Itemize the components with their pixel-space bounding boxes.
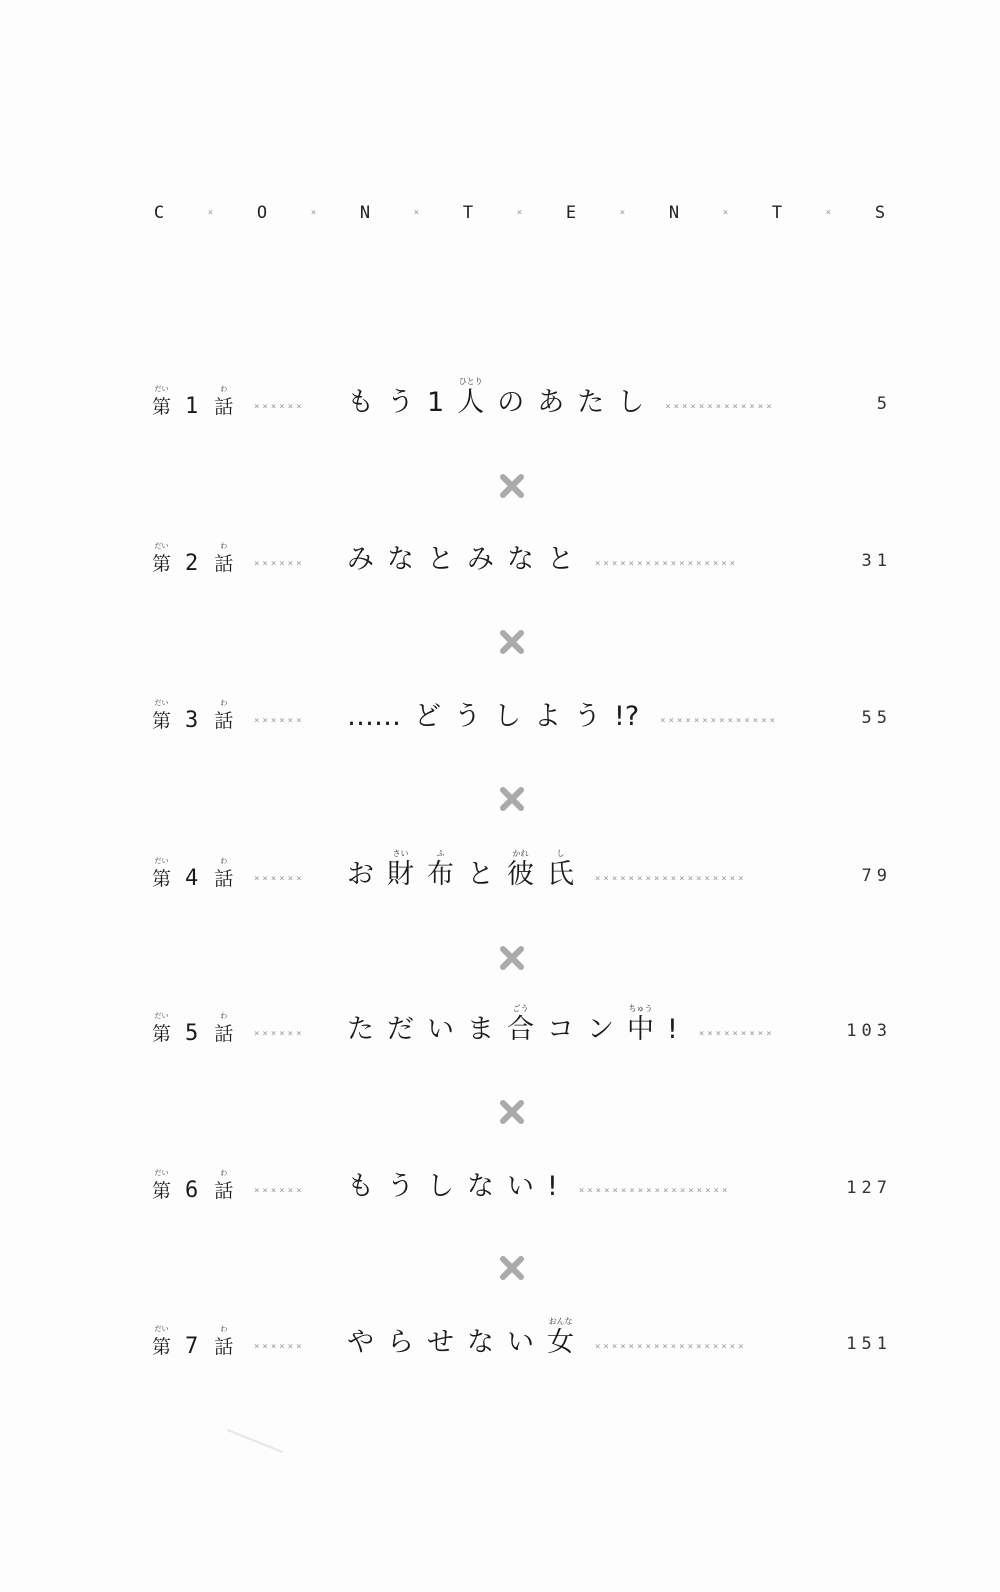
title-char-text: み	[347, 544, 374, 575]
title-char: だ	[387, 1015, 414, 1045]
title-char: ン	[587, 1015, 614, 1045]
title-char-text: い	[507, 1171, 534, 1202]
wa-furigana: わ	[220, 385, 227, 393]
title-char: う	[387, 1172, 414, 1202]
leader-dots-right: ××××××××××××××××××	[595, 874, 852, 884]
title-char: よ	[534, 702, 561, 732]
title-char: ら	[387, 1328, 414, 1358]
page-number: 127	[846, 1178, 892, 1198]
heading-separator: ×	[515, 208, 525, 218]
title-char: し氏	[547, 860, 574, 890]
wa-furigana: わ	[220, 1325, 227, 1333]
dai-furigana: だい	[155, 1169, 169, 1177]
title-char-text: う	[574, 701, 601, 732]
chapter-number: 7	[185, 1336, 198, 1358]
title-char: し	[427, 1172, 454, 1202]
title-char: 1	[427, 388, 444, 418]
title-char-text: お	[347, 859, 374, 890]
page-number: 79	[862, 866, 892, 886]
chapter-dai-char: だい第	[152, 1023, 171, 1045]
wa-text: 話	[214, 710, 233, 732]
heading-letter: T	[461, 203, 475, 223]
chapter-title[interactable]: ただいまごう合コンちゅう中!	[347, 1005, 691, 1045]
wa-text: 話	[214, 396, 233, 418]
leader-dots-left: ××××××	[254, 402, 305, 412]
title-char-text: た	[347, 1014, 374, 1045]
page-number: 103	[846, 1021, 892, 1041]
wa-furigana: わ	[220, 542, 227, 550]
title-char-text: な	[467, 1327, 494, 1358]
dai-text: 第	[152, 553, 171, 575]
leader-dots-left: ××××××	[254, 1186, 305, 1196]
title-char-text: 1	[427, 387, 444, 418]
chapter-row[interactable]: だい第4わ話××××××おさい財ふ布とかれ彼し氏××××××××××××××××…	[152, 850, 892, 890]
title-char: う	[574, 702, 601, 732]
contents-heading: C × O × N × T × E × N × T × S	[152, 203, 887, 223]
leader-dots-left: ××××××	[254, 1029, 305, 1039]
title-char-text: ン	[587, 1014, 614, 1045]
title-char-text: な	[387, 544, 414, 575]
dai-furigana: だい	[155, 857, 169, 865]
chapter-row[interactable]: だい第1わ話××××××もう1ひとり人のあたし×××××××××××××5	[152, 378, 892, 418]
chapter-dai-char: だい第	[152, 868, 171, 890]
leader-dots-left: ××××××	[254, 716, 305, 726]
chapter-wa-char: わ話	[214, 553, 233, 575]
title-char-text: 女	[547, 1327, 574, 1358]
title-char: と	[467, 860, 494, 890]
title-furigana: ふ	[437, 850, 445, 858]
title-char-text: !	[667, 1014, 678, 1045]
wa-text: 話	[214, 868, 233, 890]
chapter-wa-char: わ話	[214, 1336, 233, 1358]
chapter-title[interactable]: やらせないおんな女	[347, 1318, 587, 1358]
title-char-text: う	[454, 701, 481, 732]
chapter-wa-char: わ話	[214, 868, 233, 890]
title-char-text: の	[497, 387, 524, 418]
title-char-text: し	[427, 1171, 454, 1202]
wa-text: 話	[214, 553, 233, 575]
title-char: し	[617, 388, 644, 418]
title-furigana: し	[557, 850, 565, 858]
wa-furigana: わ	[220, 857, 227, 865]
title-furigana: ひとり	[459, 378, 483, 386]
dai-furigana: だい	[155, 542, 169, 550]
title-furigana: ごう	[513, 1005, 529, 1013]
heading-separator: ×	[824, 208, 834, 218]
title-char: み	[467, 545, 494, 575]
title-char: さい財	[387, 860, 414, 890]
heading-separator: ×	[206, 208, 216, 218]
wa-furigana: わ	[220, 699, 227, 707]
title-char: !	[547, 1172, 558, 1202]
title-char: い	[507, 1172, 534, 1202]
title-char: !	[667, 1015, 678, 1045]
title-char: あ	[537, 388, 564, 418]
dai-text: 第	[152, 868, 171, 890]
chapter-label: だい第3わ話	[152, 692, 233, 732]
chapter-label: だい第6わ話	[152, 1162, 233, 1202]
leader-dots-right: ×××××××××××××××××	[595, 559, 852, 569]
page-number: 151	[846, 1334, 892, 1354]
chapter-label: だい第5わ話	[152, 1005, 233, 1045]
leader-dots-right: ××××××××××××××××××	[595, 1342, 836, 1352]
paper-scratch-mark	[227, 1429, 283, 1453]
heading-separator: ×	[721, 208, 731, 218]
title-char-text: 布	[427, 859, 454, 890]
heading-separator: ×	[309, 208, 319, 218]
heading-letter: E	[564, 203, 578, 223]
title-char: ちゅう中	[627, 1015, 654, 1045]
title-char: や	[347, 1328, 374, 1358]
chapter-dai-char: だい第	[152, 1336, 171, 1358]
title-char-text: !	[547, 1171, 558, 1202]
title-furigana: かれ	[513, 850, 529, 858]
title-char-text: ど	[414, 701, 441, 732]
wa-furigana: わ	[220, 1169, 227, 1177]
title-char-text: と	[427, 544, 454, 575]
wa-furigana: わ	[220, 1012, 227, 1020]
heading-letter: T	[770, 203, 784, 223]
title-char: し	[494, 702, 521, 732]
dai-furigana: だい	[155, 1325, 169, 1333]
title-char-text: い	[507, 1327, 534, 1358]
leader-dots-right: ××××××××××××××××××	[579, 1186, 836, 1196]
leader-dots-left: ××××××	[254, 1342, 305, 1352]
title-char-text: コ	[547, 1014, 574, 1045]
wa-text: 話	[214, 1180, 233, 1202]
leader-dots-left: ××××××	[254, 559, 305, 569]
title-char: と	[427, 545, 454, 575]
title-char: た	[347, 1015, 374, 1045]
title-char: !?	[614, 702, 639, 732]
title-char-text: 氏	[547, 859, 574, 890]
title-char: み	[347, 545, 374, 575]
dai-furigana: だい	[155, 1012, 169, 1020]
title-char-text: と	[547, 544, 574, 575]
title-char-text: ら	[387, 1327, 414, 1358]
title-char-text: !?	[614, 701, 639, 732]
title-char: い	[507, 1328, 534, 1358]
title-furigana: おんな	[549, 1318, 573, 1326]
title-char: ま	[467, 1015, 494, 1045]
chapter-dai-char: だい第	[152, 1180, 171, 1202]
title-char-text: し	[494, 701, 521, 732]
title-char: な	[387, 545, 414, 575]
heading-letter: S	[873, 203, 887, 223]
title-char-text: 彼	[507, 859, 534, 890]
wa-text: 話	[214, 1336, 233, 1358]
title-char-text: い	[427, 1014, 454, 1045]
heading-letter: O	[255, 203, 269, 223]
dai-text: 第	[152, 1023, 171, 1045]
title-char: い	[427, 1015, 454, 1045]
title-char-text: た	[577, 387, 604, 418]
leader-dots-right: ××××××××××××××	[660, 716, 851, 726]
title-char-text: う	[387, 1171, 414, 1202]
title-char-text: な	[507, 544, 534, 575]
chapter-row[interactable]: だい第2わ話××××××みなとみなと×××××××××××××××××31	[152, 535, 892, 575]
title-char-text: 合	[507, 1014, 534, 1045]
title-char: も	[347, 1172, 374, 1202]
leader-dots-right: ×××××××××××××	[665, 402, 867, 412]
cross-x-icon	[498, 1098, 526, 1126]
title-char-text: よ	[534, 701, 561, 732]
title-char: も	[347, 388, 374, 418]
chapter-title[interactable]: もう1ひとり人のあたし	[347, 378, 657, 418]
title-char-text: や	[347, 1327, 374, 1358]
cross-x-icon	[498, 1254, 526, 1282]
chapter-number: 5	[185, 1023, 198, 1045]
title-char-text: ま	[467, 1014, 494, 1045]
heading-letter: N	[358, 203, 372, 223]
chapter-wa-char: わ話	[214, 1023, 233, 1045]
title-char: ひとり人	[457, 388, 484, 418]
title-char: かれ彼	[507, 860, 534, 890]
leader-dots-left: ××××××	[254, 874, 305, 884]
title-char: な	[467, 1172, 494, 1202]
dai-text: 第	[152, 710, 171, 732]
wa-text: 話	[214, 1023, 233, 1045]
title-char: の	[497, 388, 524, 418]
title-char: ど	[414, 702, 441, 732]
title-char-text: ……	[347, 701, 401, 732]
title-char-text: な	[467, 1171, 494, 1202]
title-char: ごう合	[507, 1015, 534, 1045]
title-char-text: 中	[627, 1014, 654, 1045]
page-number: 31	[862, 551, 892, 571]
title-furigana: さい	[393, 850, 409, 858]
title-char: な	[467, 1328, 494, 1358]
chapter-row[interactable]: だい第6わ話××××××もうしない!××××××××××××××××××127	[152, 1162, 892, 1202]
chapter-label: だい第7わ話	[152, 1318, 233, 1358]
title-char-text: う	[387, 387, 414, 418]
chapter-wa-char: わ話	[214, 710, 233, 732]
chapter-wa-char: わ話	[214, 1180, 233, 1202]
chapter-number: 2	[185, 553, 198, 575]
chapter-title[interactable]: おさい財ふ布とかれ彼し氏	[347, 850, 587, 890]
dai-furigana: だい	[155, 385, 169, 393]
chapter-number: 1	[185, 396, 198, 418]
title-char: おんな女	[547, 1328, 574, 1358]
chapter-title[interactable]: ……どうしよう!?	[347, 692, 652, 732]
chapter-title[interactable]: もうしない!	[347, 1162, 571, 1202]
chapter-label: だい第1わ話	[152, 378, 233, 418]
chapter-number: 6	[185, 1180, 198, 1202]
cross-x-icon	[498, 472, 526, 500]
chapter-dai-char: だい第	[152, 710, 171, 732]
title-char: コ	[547, 1015, 574, 1045]
title-char-text: も	[347, 387, 374, 418]
title-char: ……	[347, 702, 401, 732]
page-number: 55	[862, 708, 892, 728]
heading-letter: C	[152, 203, 166, 223]
title-char-text: み	[467, 544, 494, 575]
dai-furigana: だい	[155, 699, 169, 707]
chapter-row[interactable]: だい第7わ話××××××やらせないおんな女××××××××××××××××××1…	[152, 1318, 892, 1358]
title-char-text: 人	[457, 387, 484, 418]
title-char-text: と	[467, 859, 494, 890]
heading-separator: ×	[618, 208, 628, 218]
chapter-wa-char: わ話	[214, 396, 233, 418]
contents-page: C × O × N × T × E × N × T × S だい第1わ話××××…	[0, 0, 1000, 1592]
dai-text: 第	[152, 396, 171, 418]
title-char: と	[547, 545, 574, 575]
chapter-title[interactable]: みなとみなと	[347, 535, 587, 575]
dai-text: 第	[152, 1336, 171, 1358]
chapter-row[interactable]: だい第5わ話××××××ただいまごう合コンちゅう中!×××××××××103	[152, 1005, 892, 1045]
title-char: ふ布	[427, 860, 454, 890]
chapter-dai-char: だい第	[152, 553, 171, 575]
title-char: な	[507, 545, 534, 575]
title-char-text: だ	[387, 1014, 414, 1045]
title-char: た	[577, 388, 604, 418]
title-char-text: も	[347, 1171, 374, 1202]
chapter-label: だい第2わ話	[152, 535, 233, 575]
heading-letter: N	[667, 203, 681, 223]
title-char: う	[387, 388, 414, 418]
title-char: う	[454, 702, 481, 732]
chapter-label: だい第4わ話	[152, 850, 233, 890]
title-char: お	[347, 860, 374, 890]
title-char: せ	[427, 1328, 454, 1358]
title-char-text: し	[617, 387, 644, 418]
leader-dots-right: ×××××××××	[699, 1029, 836, 1039]
title-char-text: あ	[537, 387, 564, 418]
cross-x-icon	[498, 628, 526, 656]
cross-x-icon	[498, 944, 526, 972]
title-char-text: 財	[387, 859, 414, 890]
chapter-number: 4	[185, 868, 198, 890]
chapter-row[interactable]: だい第3わ話××××××……どうしよう!?××××××××××××××55	[152, 692, 892, 732]
page-number: 5	[877, 394, 892, 414]
dai-text: 第	[152, 1180, 171, 1202]
title-char-text: せ	[427, 1327, 454, 1358]
cross-x-icon	[498, 785, 526, 813]
chapter-dai-char: だい第	[152, 396, 171, 418]
chapter-number: 3	[185, 710, 198, 732]
title-furigana: ちゅう	[629, 1005, 653, 1013]
heading-separator: ×	[412, 208, 422, 218]
